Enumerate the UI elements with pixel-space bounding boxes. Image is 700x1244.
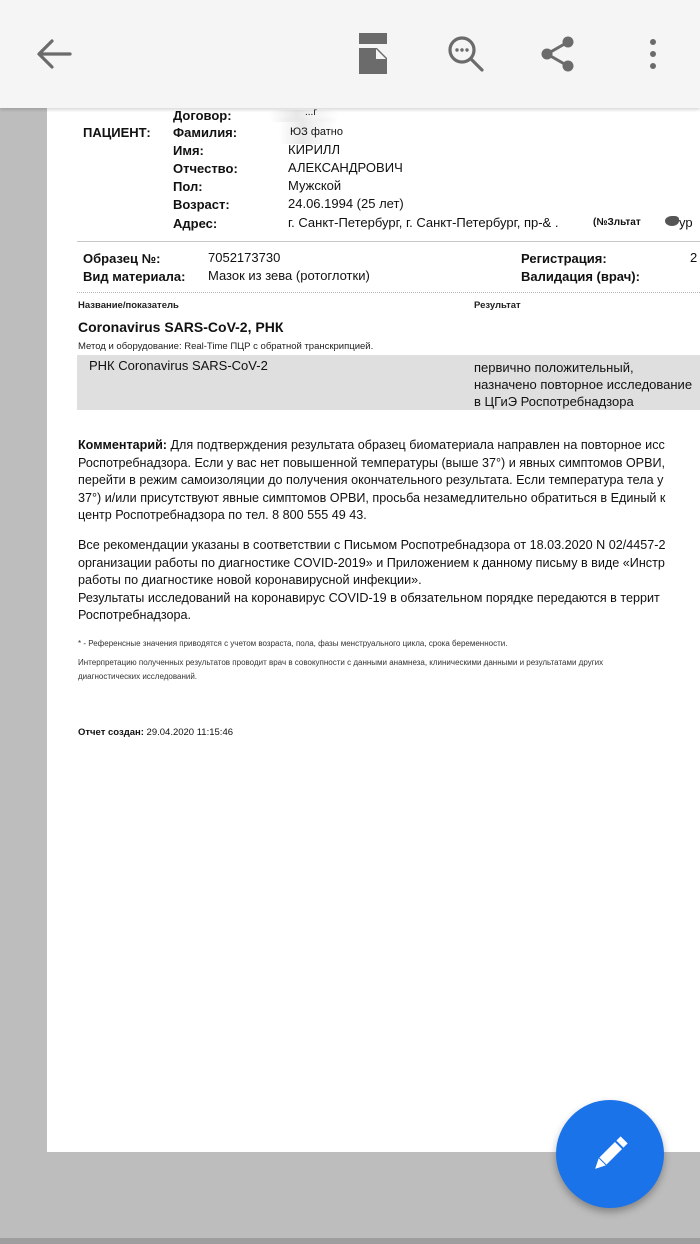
report-created-label: Отчет создан: xyxy=(78,727,144,738)
address-label: Адрес: xyxy=(173,216,217,231)
back-button[interactable] xyxy=(32,32,76,76)
sex-value: Мужской xyxy=(288,178,341,193)
material-label: Вид материала: xyxy=(83,269,186,284)
table-row: РНК Coronavirus SARS-CoV-2 первично поло… xyxy=(77,355,700,410)
search-button[interactable] xyxy=(444,32,488,76)
column-header-result: Результат xyxy=(474,300,521,311)
edit-pencil-icon xyxy=(588,1132,632,1176)
material-value: Мазок из зева (ротоглотки) xyxy=(208,268,370,283)
contract-value: ...г xyxy=(305,108,317,118)
patronymic-label: Отчество: xyxy=(173,161,238,176)
sex-label: Пол: xyxy=(173,179,203,194)
result-line: назначено повторное исследование xyxy=(474,376,692,393)
comment-label: Комментарий: xyxy=(78,438,167,452)
back-arrow-icon xyxy=(34,36,74,72)
sample-number-label: Образец №: xyxy=(83,251,160,266)
interpretation-footnote: Интерпретацию полученных результатов про… xyxy=(78,656,603,684)
registration-label: Регистрация: xyxy=(521,251,607,266)
reference-footnote: * - Референсные значения приводятся с уч… xyxy=(78,637,507,651)
recommendations-paragraph: Все рекомендации указаны в соответствии … xyxy=(78,537,665,625)
first-name-value: КИРИЛЛ xyxy=(288,142,340,157)
registration-value: 2 xyxy=(690,250,697,265)
first-name-label: Имя: xyxy=(173,143,204,158)
share-button[interactable] xyxy=(536,32,580,76)
page-layout-icon xyxy=(358,33,388,75)
search-icon xyxy=(445,33,487,75)
method-text: Метод и оборудование: Real-Time ПЦР с об… xyxy=(78,341,373,352)
result-line: в ЦГиЭ Роспотребнадзора xyxy=(474,393,692,410)
comment-paragraph: Комментарий: Для подтверждения результат… xyxy=(78,437,665,525)
result-name: РНК Coronavirus SARS-CoV-2 xyxy=(89,358,268,373)
divider xyxy=(77,241,700,242)
edit-fab-button[interactable] xyxy=(556,1100,664,1208)
sample-number-value: 7052173730 xyxy=(208,250,280,265)
document-page: ПАЦИЕНТ: Договор: ...г Фамилия: ЮЗ фатно… xyxy=(47,108,700,1152)
patronymic-value: АЛЕКСАНДРОВИЧ xyxy=(288,160,403,175)
column-header-name: Название/показатель xyxy=(78,300,179,311)
bottom-edge xyxy=(0,1238,700,1244)
share-icon xyxy=(538,34,578,74)
test-title: Coronavirus SARS-CoV-2, РНК xyxy=(78,319,283,335)
more-vert-icon xyxy=(647,36,659,72)
surname-label: Фамилия: xyxy=(173,125,237,140)
validation-label: Валидация (врач): xyxy=(521,269,640,284)
address-overlay-text-2: ур xyxy=(679,215,693,230)
dotted-divider xyxy=(77,292,700,293)
result-value: первично положительный, назначено повтор… xyxy=(474,359,692,410)
patient-section-label: ПАЦИЕНТ: xyxy=(83,125,151,140)
contract-label: Договор: xyxy=(173,108,232,123)
result-line: первично положительный, xyxy=(474,359,692,376)
report-created: Отчет создан: 29.04.2020 11:15:46 xyxy=(78,727,233,738)
report-created-value: 29.04.2020 11:15:46 xyxy=(144,727,233,738)
address-overlay-text: (№Зльтат xyxy=(593,217,641,228)
address-value: г. Санкт-Петербург, г. Санкт-Петербург, … xyxy=(288,215,558,230)
app-toolbar xyxy=(0,0,700,108)
page-layout-button[interactable] xyxy=(351,32,395,76)
ink-smudge xyxy=(665,216,679,226)
age-value: 24.06.1994 (25 лет) xyxy=(288,196,404,211)
age-label: Возраст: xyxy=(173,197,230,212)
more-options-button[interactable] xyxy=(631,32,675,76)
surname-value: ЮЗ фатно xyxy=(290,126,343,138)
